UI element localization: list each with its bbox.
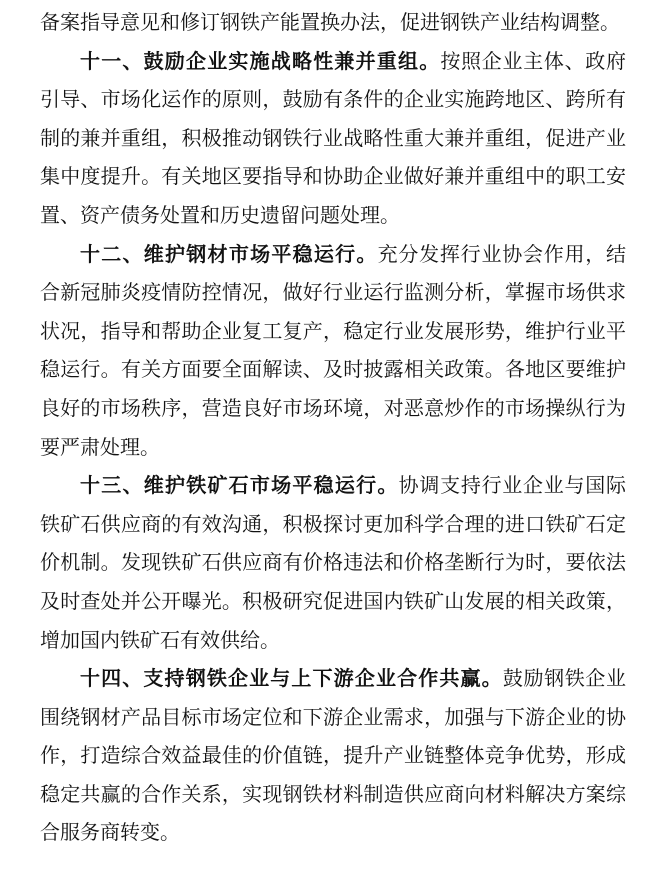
section-paragraph-14: 十四、支持钢铁企业与上下游企业合作共赢。鼓励钢铁企业围绕钢材产品目标市场定位和下… (40, 660, 626, 853)
section-13-body: 协调支持行业企业与国际铁矿石供应商的有效沟通，积极探讨更加科学合理的进口铁矿石定… (40, 475, 626, 651)
section-14-body: 鼓励钢铁企业围绕钢材产品目标市场定位和下游企业需求，加强与下游企业的协作，打造综… (40, 668, 626, 844)
section-13-heading: 十三、维护铁矿石市场平稳运行。 (80, 475, 399, 497)
section-14-heading: 十四、支持钢铁企业与上下游企业合作共赢。 (80, 668, 503, 690)
section-12-body: 充分发挥行业协会作用，结合新冠肺炎疫情防控情况，做好行业运行监测分析，掌握市场供… (40, 244, 626, 459)
paragraph-continuation: 备案指导意见和修订钢铁产能置换办法，促进钢铁产业结构调整。 (40, 4, 626, 43)
section-paragraph-11: 十一、鼓励企业实施战略性兼并重组。按照企业主体、政府引导、市场化运作的原则，鼓励… (40, 43, 626, 236)
document-page: 备案指导意见和修订钢铁产能置换办法，促进钢铁产业结构调整。 十一、鼓励企业实施战… (0, 0, 662, 875)
section-12-heading: 十二、维护钢材市场平稳运行。 (80, 244, 378, 266)
section-paragraph-12: 十二、维护钢材市场平稳运行。充分发挥行业协会作用，结合新冠肺炎疫情防控情况，做好… (40, 236, 626, 468)
section-11-heading: 十一、鼓励企业实施战略性兼并重组。 (80, 51, 440, 73)
continuation-text: 备案指导意见和修订钢铁产能置换办法，促进钢铁产业结构调整。 (40, 12, 620, 34)
section-paragraph-13: 十三、维护铁矿石市场平稳运行。协调支持行业企业与国际铁矿石供应商的有效沟通，积极… (40, 467, 626, 660)
section-11-body: 按照企业主体、政府引导、市场化运作的原则，鼓励有条件的企业实施跨地区、跨所有制的… (40, 51, 626, 227)
